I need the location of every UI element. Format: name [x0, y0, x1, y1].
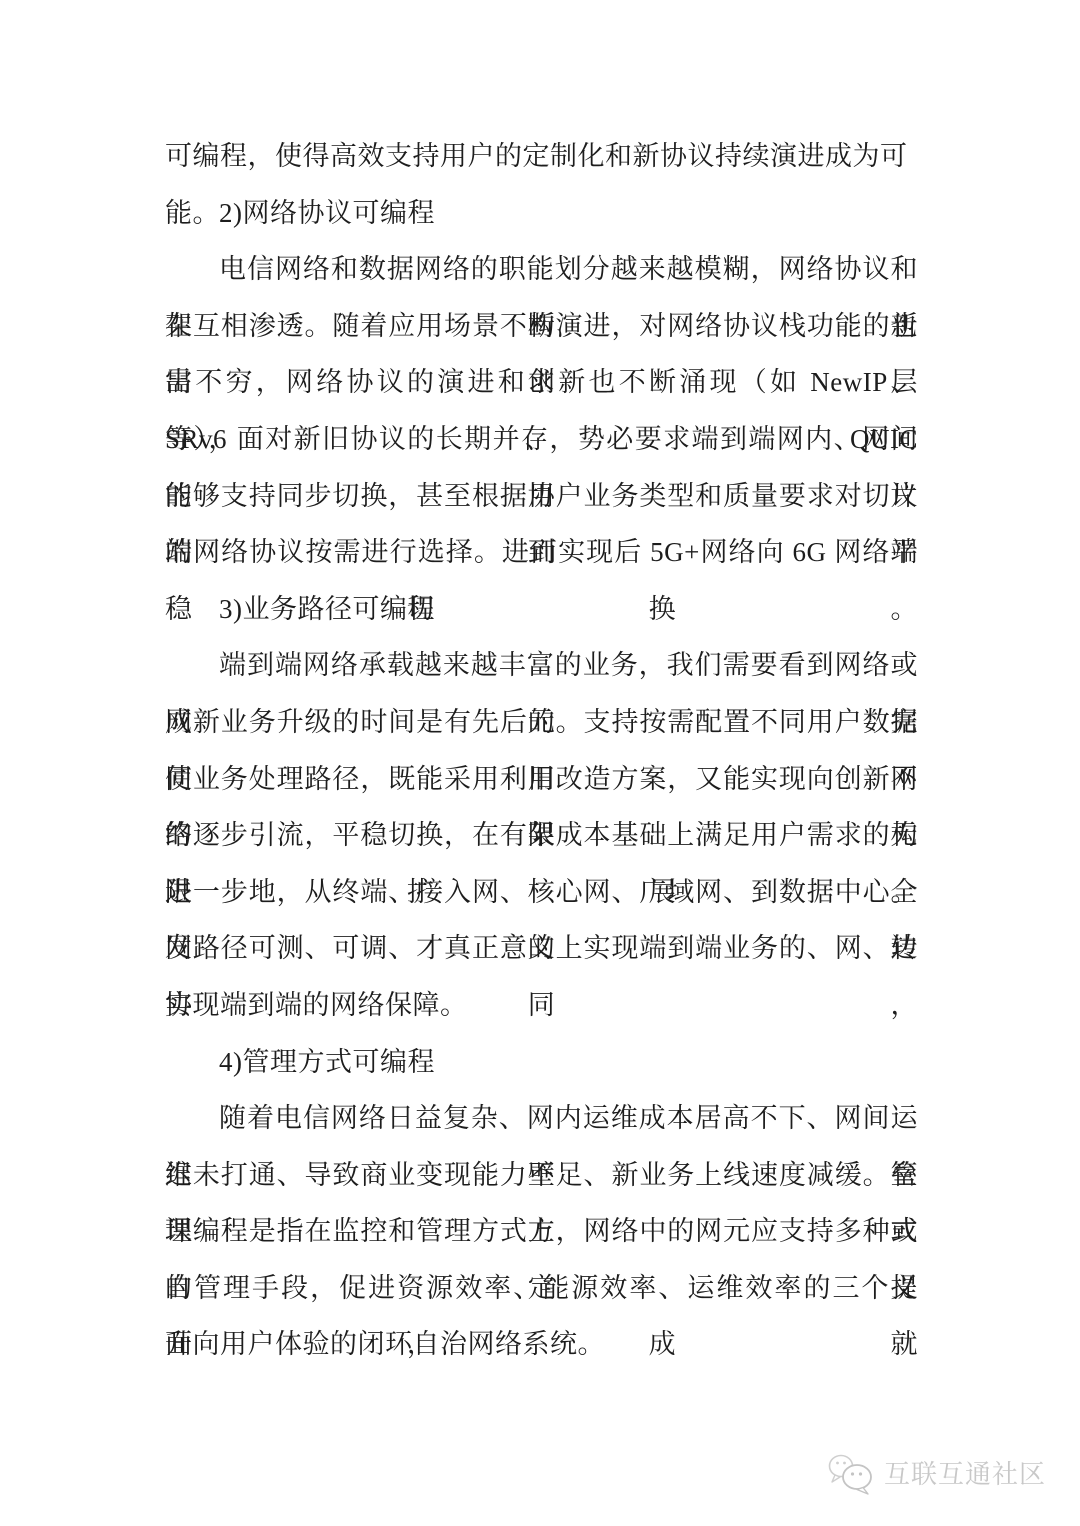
watermark: 互联互通社区 [827, 1452, 1046, 1496]
paragraph-line: 可编程，使得高效支持用户的定制化和新协议持续演进成为可能。 [165, 128, 918, 185]
paragraph-line: 成新业务升级的时间是有先后的。支持按需配置不同用户数据使用不 [165, 694, 918, 751]
document-page: 可编程，使得高效支持用户的定制化和新协议持续演进成为可能。 2)网络协议可编程 … [0, 0, 1080, 1526]
wechat-chat-bubbles-icon [827, 1452, 877, 1496]
paragraph-line: 端到端网络承载越来越丰富的业务，我们需要看到网络或网元完 [165, 637, 918, 694]
paragraph-line: 随着电信网络日益复杂、网内运维成本居高不下、网间运维壁垒 [165, 1090, 918, 1147]
paragraph-line: 电信网络和数据网络的职能划分越来越模糊，网络协议和架构也 [165, 241, 918, 298]
paragraph-line: 的网络协议按需进行选择。进而实现后 5G+网络向 6G 网络平稳切换。 [165, 524, 918, 581]
paragraph-line: 的逐步引流，平稳切换，在有限成本基础上满足用户需求的无限扩展。 [165, 807, 918, 864]
section-heading-4: 4)管理方式可编程 [165, 1034, 918, 1091]
watermark-label: 互联互通社区 [884, 1452, 1046, 1496]
paragraph-line: 同业务处理路径，既能采用利旧改造方案，又能实现向创新网络架构 [165, 751, 918, 808]
paragraph-line: 迟未打通、导致商业变现能力不足、新业务上线速度减缓。管理方式 [165, 1147, 918, 1204]
paragraph-line: 进一步地，从终端、接入网、核心网、广域网、到数据中心全网的转 [165, 864, 918, 921]
paragraph-line: 在互相渗透。随着应用场景不断演进，对网络协议栈功能的新需求层 [165, 298, 918, 355]
paragraph-line: 课编程是指在监控和管理方式上，网络中的网元应支持多种或自定义 [165, 1203, 918, 1260]
paragraph-line: 等），面对新旧协议的长期并存，势必要求端到端网内、网间的协议 [165, 411, 918, 468]
document-body: 可编程，使得高效支持用户的定制化和新协议持续演进成为可能。 2)网络协议可编程 … [165, 128, 918, 1373]
paragraph-line: 发路径可测、可调、才真正意义上实现端到端业务的、网、边协同， [165, 920, 918, 977]
paragraph-line: 的管理手段，促进资源效率、能源效率、运维效率的三个提升，成就 [165, 1260, 918, 1317]
paragraph-line: 出不穷，网络协议的演进和创新也不断涌现（如 NewIP、SRv6、QUIC [165, 354, 918, 411]
paragraph-line: 能够支持同步切换，甚至根据用户业务类型和质量要求对切片端到端 [165, 468, 918, 525]
section-heading-2: 2)网络协议可编程 [165, 185, 918, 242]
